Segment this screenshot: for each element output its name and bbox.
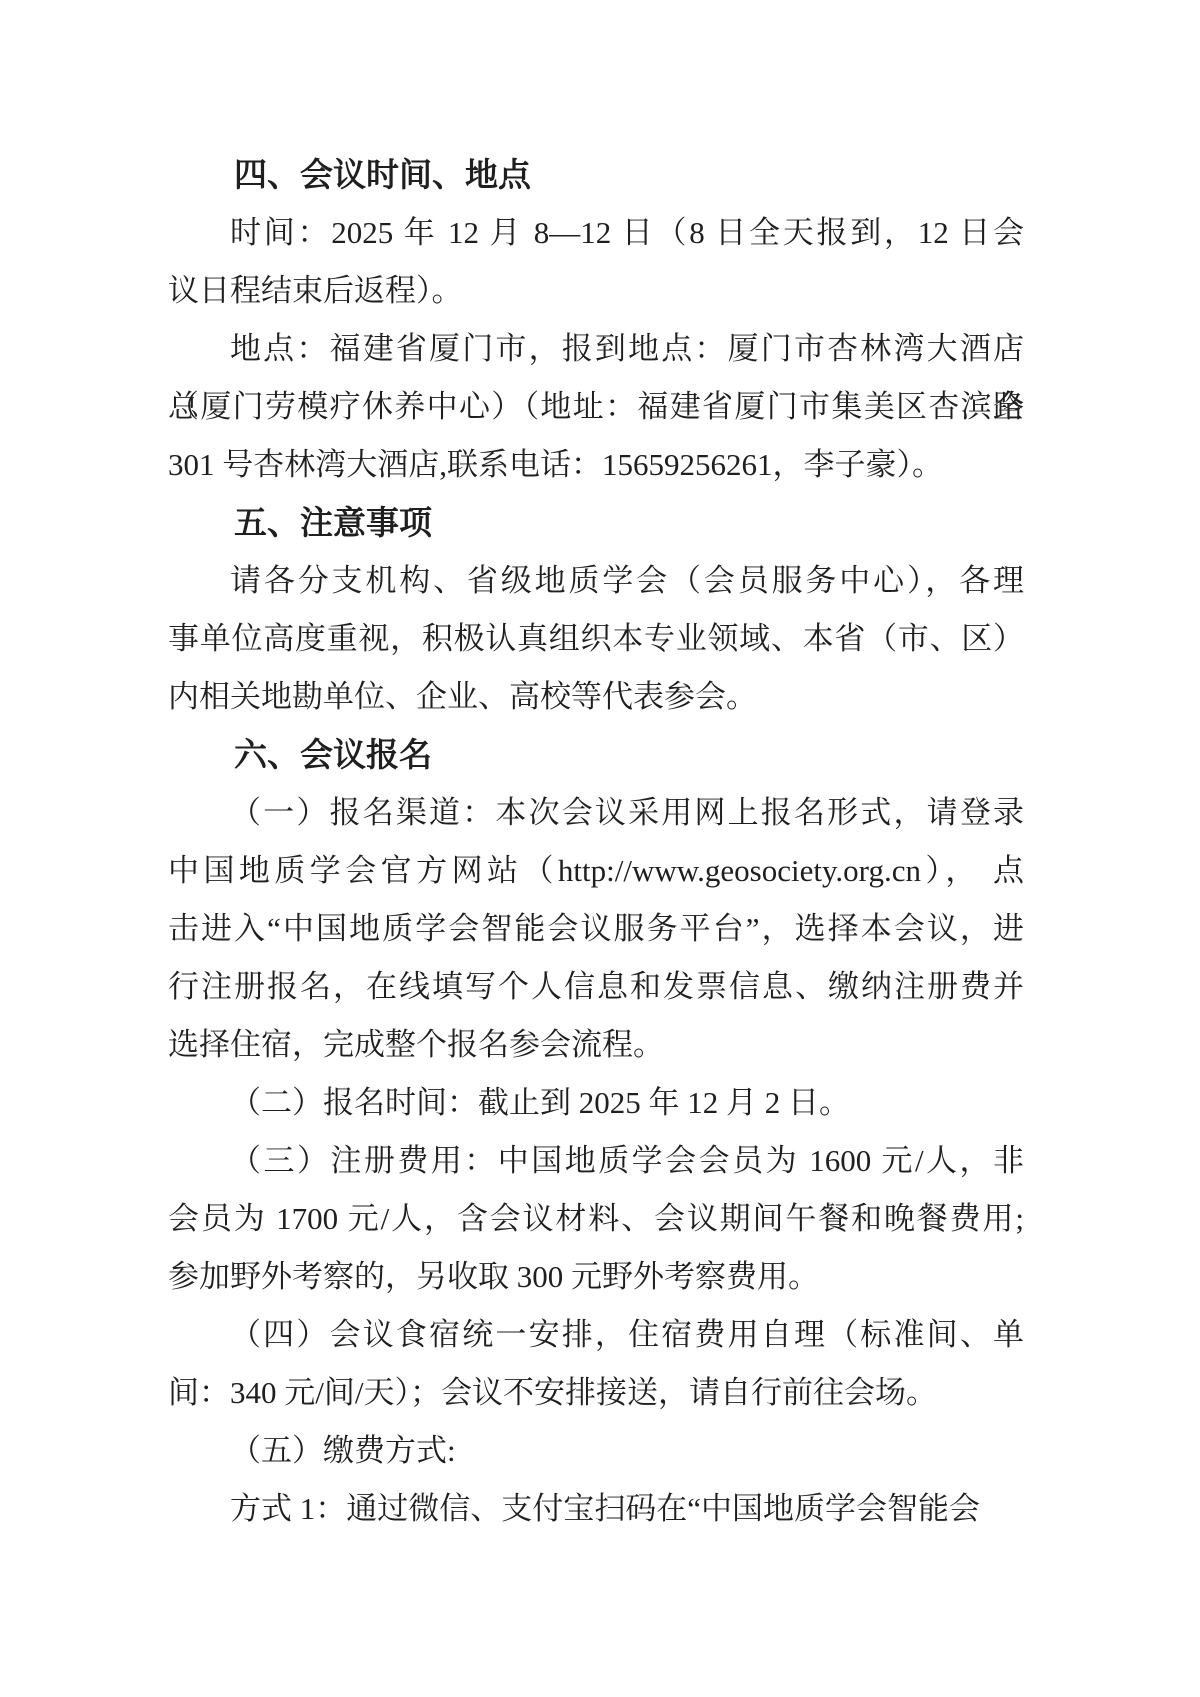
text-line: 间：340 元/间/天）；会议不安排接送，请自行前往会场。 [168,1364,1024,1422]
text-line: 方式 1：通过微信、支付宝扫码在“中国地质学会智能会 [168,1480,1024,1538]
text-line: 选择住宿，完成整个报名参会流程。 [168,1016,1024,1074]
text-line: 地点：福建省厦门市，报到地点：厦门市杏林湾大酒店（全 [168,320,1024,378]
text-line: （五）缴费方式: [168,1422,1024,1480]
section-heading: 四、会议时间、地点 [168,146,1024,204]
document-page: 四、会议时间、地点时间：2025 年 12 月 8—12 日（8 日全天报到，1… [0,0,1200,1697]
text-line: （二）报名时间：截止到 2025 年 12 月 2 日。 [168,1074,1024,1132]
text-line: 参加野外考察的，另收取 300 元野外考察费用。 [168,1248,1024,1306]
text-line: （四）会议食宿统一安排，住宿费用自理（标准间、单 [168,1306,1024,1364]
text-line: （一）报名渠道：本次会议采用网上报名形式，请登录 [168,784,1024,842]
text-line: 击进入“中国地质学会智能会议服务平台”，选择本会议，进 [168,900,1024,958]
text-line: 内相关地勘单位、企业、高校等代表参会。 [168,668,1024,726]
document-text-block: 四、会议时间、地点时间：2025 年 12 月 8—12 日（8 日全天报到，1… [168,146,1024,1538]
text-line: （三）注册费用：中国地质学会会员为 1600 元/人，非 [168,1132,1024,1190]
section-heading: 六、会议报名 [168,726,1024,784]
text-line: 时间：2025 年 12 月 8—12 日（8 日全天报到，12 日会 [168,204,1024,262]
text-line: 会员为 1700 元/人，含会议材料、会议期间午餐和晚餐费用; [168,1190,1024,1248]
text-line: 301 号杏林湾大酒店,联系电话：15659256261，李子豪）。 [168,436,1024,494]
text-line: 事单位高度重视，积极认真组织本专业领域、本省（市、区） [168,610,1024,668]
text-line: 总厦门劳模疗休养中心）（地址：福建省厦门市集美区杏滨路 [168,378,1024,436]
text-line: 行注册报名，在线填写个人信息和发票信息、缴纳注册费并 [168,958,1024,1016]
text-line: 议日程结束后返程）。 [168,262,1024,320]
section-heading: 五、注意事项 [168,494,1024,552]
text-line: 请各分支机构、省级地质学会（会员服务中心），各理 [168,552,1024,610]
text-line: 中国地质学会官方网站（http://www.geosociety.org.cn）… [168,842,1024,900]
